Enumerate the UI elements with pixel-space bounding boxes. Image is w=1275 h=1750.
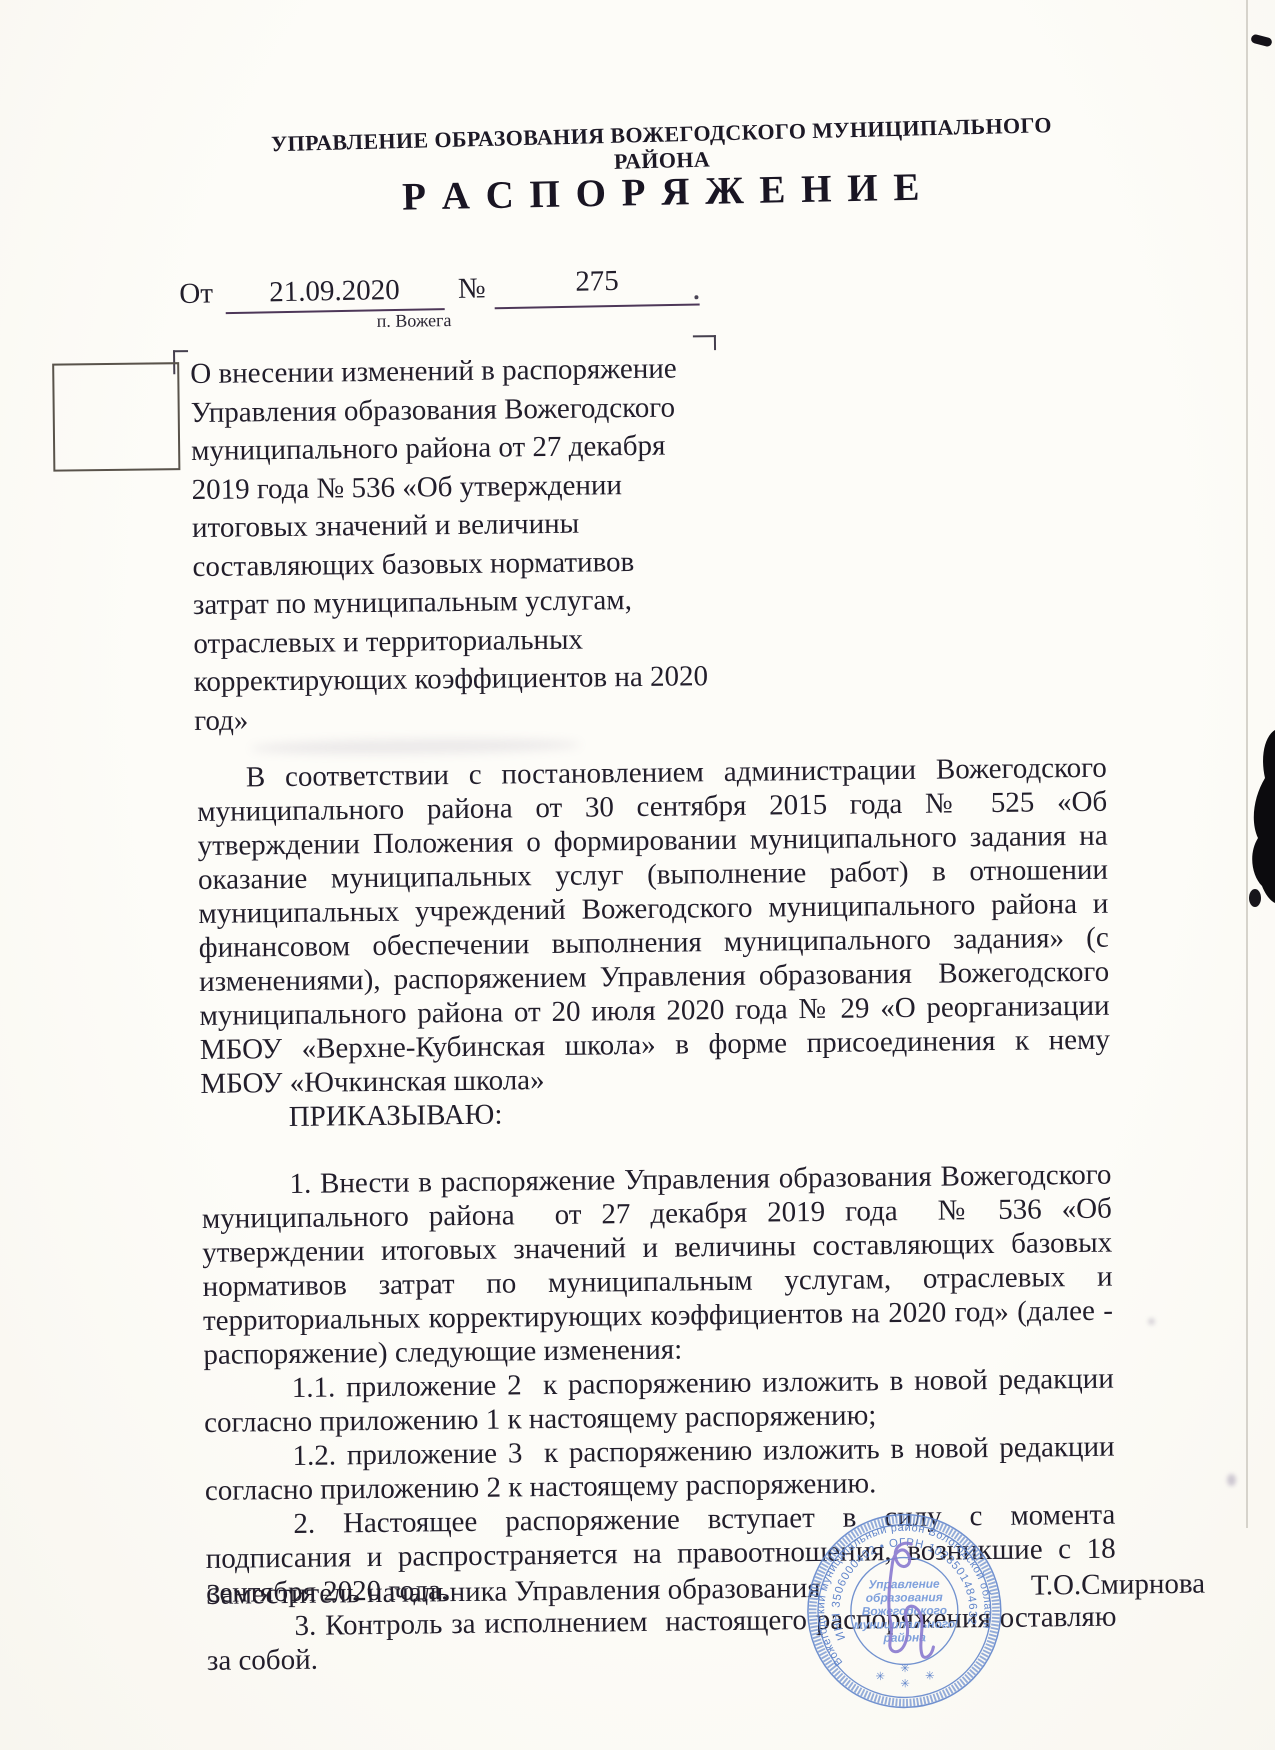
number-value: 275 — [494, 263, 700, 309]
svg-text:✳: ✳ — [925, 1670, 935, 1682]
ink-speck — [694, 295, 698, 299]
stamp-seal-icon: Вожегодский муниципальный район Вологодс… — [798, 1505, 1010, 1717]
signer-position: Заместитель начальника Управления образо… — [206, 1572, 821, 1612]
number-label: № — [458, 272, 486, 310]
scan-speck — [1227, 1474, 1236, 1486]
date-value: 21.09.2020 — [225, 273, 445, 314]
scan-speck — [1148, 1318, 1155, 1325]
order-item-1-1: 1.1. приложение 2 к распоряжению изложит… — [204, 1362, 1115, 1440]
intro-paragraph: В соответствии с постановлением админист… — [197, 751, 1111, 1101]
document-content: УПРАВЛЕНИЕ ОБРАЗОВАНИЯ ВОЖЕГОДСКОГО МУНИ… — [0, 0, 1275, 1750]
svg-text:✳: ✳ — [900, 1678, 910, 1690]
subject-corner-mark-right — [693, 335, 716, 350]
empty-stamp-box — [52, 362, 180, 471]
scan-smudge — [250, 738, 580, 756]
place-name: п. Вожега — [377, 310, 452, 332]
order-item-1-2: 1.2. приложение 3 к распоряжению изложит… — [204, 1430, 1115, 1508]
order-item-1: 1. Внести в распоряжение Управления обра… — [201, 1158, 1113, 1372]
subject-block: О внесении изменений в распоряжение Упра… — [190, 349, 754, 740]
stamp-asterisks: ✳ ✳ ✳ ✳ — [875, 1663, 935, 1691]
round-stamp: Вожегодский муниципальный район Вологодс… — [798, 1505, 1010, 1717]
date-label: От — [179, 277, 213, 315]
signer-name: Т.О.Смирнова — [1031, 1568, 1206, 1603]
svg-text:✳: ✳ — [875, 1671, 885, 1683]
requisites-row: От 21.09.2020 № 275 — [179, 263, 700, 315]
svg-text:✳: ✳ — [900, 1663, 910, 1675]
ink-blob-artifact — [1245, 726, 1275, 916]
scanned-document-page: УПРАВЛЕНИЕ ОБРАЗОВАНИЯ ВОЖЕГОДСКОГО МУНИ… — [0, 0, 1275, 1750]
